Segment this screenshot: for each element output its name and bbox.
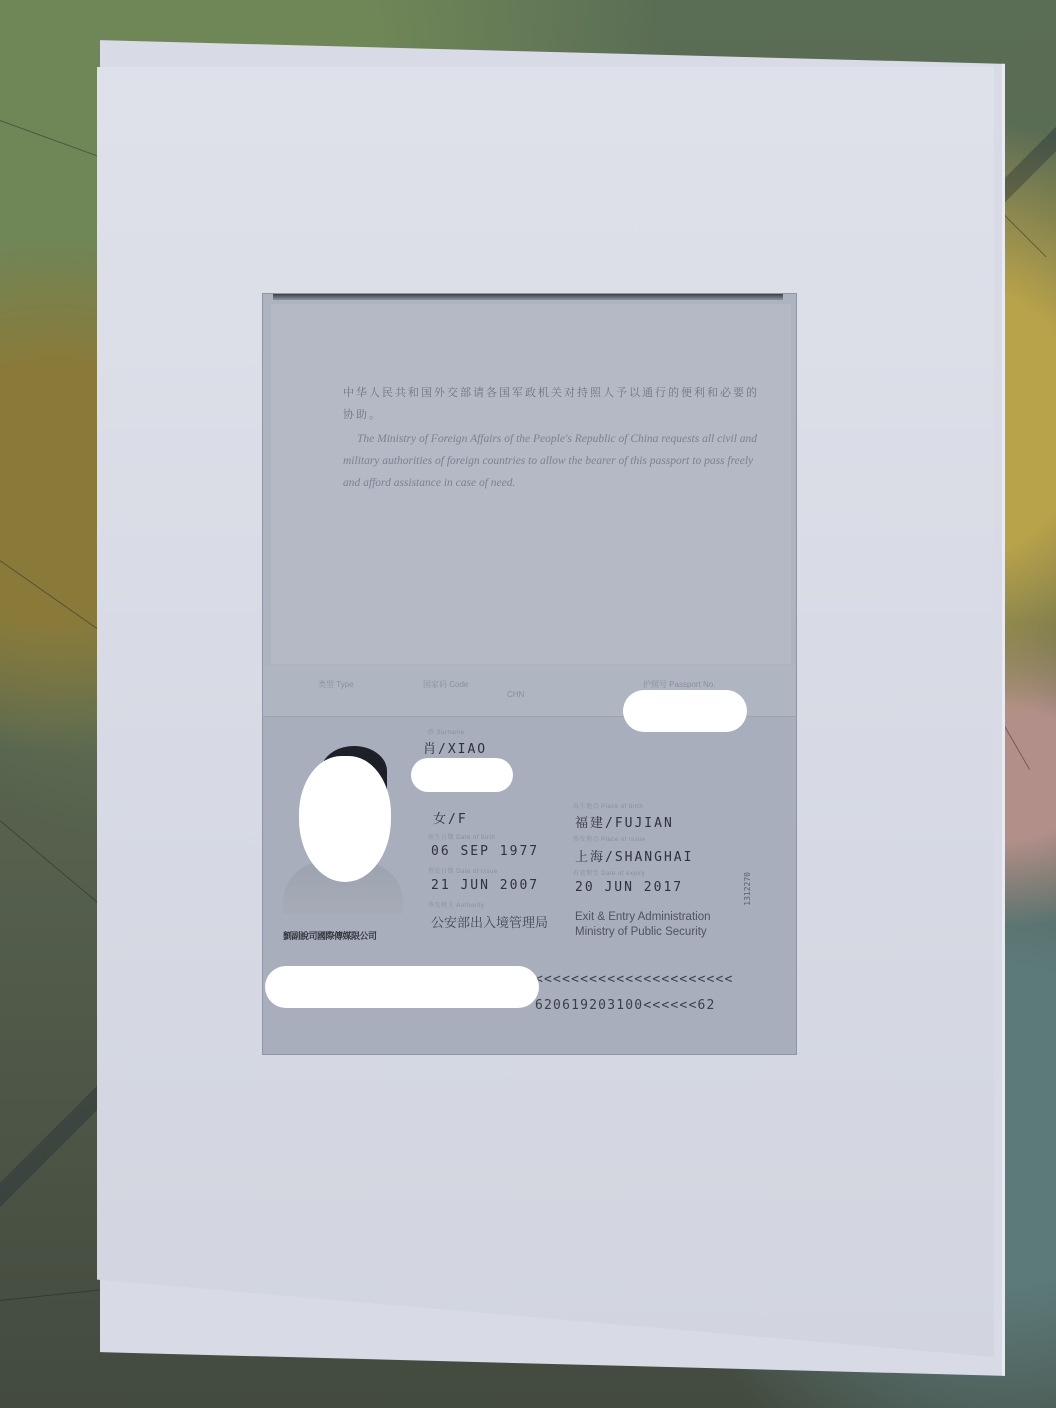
redaction-given-name — [411, 758, 513, 792]
doe-value: 20 JUN 2017 — [575, 880, 683, 895]
country-code: CHN — [507, 690, 524, 700]
doi-value: 21 JUN 2007 — [431, 878, 539, 893]
passport-no-label: 护照号 Passport No. — [643, 680, 715, 690]
pob-value: 福建/FUJIAN — [575, 812, 674, 831]
type-label: 类型 Type — [318, 680, 354, 690]
authority-en-2: Ministry of Public Security — [575, 925, 707, 940]
holder-photo — [281, 744, 401, 919]
endorsement-text-en: The Ministry of Foreign Affairs of the P… — [343, 428, 763, 494]
doe-label: 有效期至 Date of expiry — [573, 868, 645, 877]
endorsement-text-cn: 中华人民共和国外交部请各国军政机关对持照人予以通行的便利和必要的协助。 — [343, 382, 763, 426]
authority-en-1: Exit & Entry Administration — [575, 910, 711, 925]
dob-label: 出生日期 Date of birth — [428, 832, 495, 841]
doi-label: 签发日期 Date of issue — [428, 866, 498, 875]
endorsement-page: 中华人民共和国外交部请各国军政机关对持照人予以通行的便利和必要的协助。 The … — [271, 304, 791, 664]
surname-label: 姓 Surname — [428, 727, 465, 736]
dob-value: 06 SEP 1977 — [431, 844, 539, 859]
mrz-line-2: 620619203100<<<<<<62 — [535, 998, 716, 1013]
pob-label: 出生地点 Place of birth — [573, 801, 643, 810]
photo-caption: 劉副說司國際傳媒限公司 — [283, 929, 377, 942]
page-edge-shadow — [273, 294, 783, 300]
redaction-face — [299, 756, 391, 882]
redaction-mrz — [265, 966, 539, 1008]
redaction-passport-number — [623, 690, 747, 732]
mrz-line-1: <<<<<<<<<<<<<<<<<<<<<< — [535, 972, 734, 987]
authority-label: 签发机关 Authority — [428, 900, 484, 909]
vertical-serial: 1312270 — [743, 872, 752, 906]
code-label: 国家码 Code — [423, 680, 468, 690]
surname-value: 肖/XIAO — [423, 738, 487, 757]
poi-label: 签发地点 Place of issue — [573, 834, 646, 843]
poi-value: 上海/SHANGHAI — [575, 846, 693, 865]
sex-value: 女/F — [433, 808, 468, 827]
authority-cn: 公安部出入境管理局 — [431, 912, 548, 931]
passport-data-page: 中华人民共和国外交部请各国军政机关对持照人予以通行的便利和必要的协助。 The … — [262, 293, 797, 1055]
